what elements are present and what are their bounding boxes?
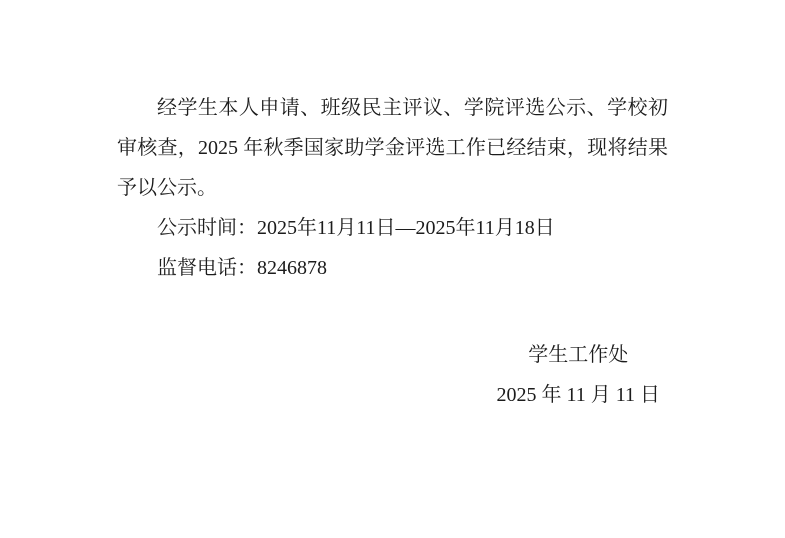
supervision-phone-line: 监督电话：8246878 [117,248,668,288]
signature-date: 2025 年 11 月 11 日 [496,375,660,415]
notice-document-page: 经学生本人申请、班级民主评议、学院评选公示、学校初审核查，2025 年秋季国家助… [0,0,785,538]
signature-organization: 学生工作处 [496,335,660,375]
signature-block: 学生工作处 2025 年 11 月 11 日 [496,335,660,415]
publicity-period-line: 公示时间：2025年11月11日—2025年11月18日 [117,208,668,248]
notice-body-paragraph: 经学生本人申请、班级民主评议、学院评选公示、学校初审核查，2025 年秋季国家助… [117,88,668,208]
